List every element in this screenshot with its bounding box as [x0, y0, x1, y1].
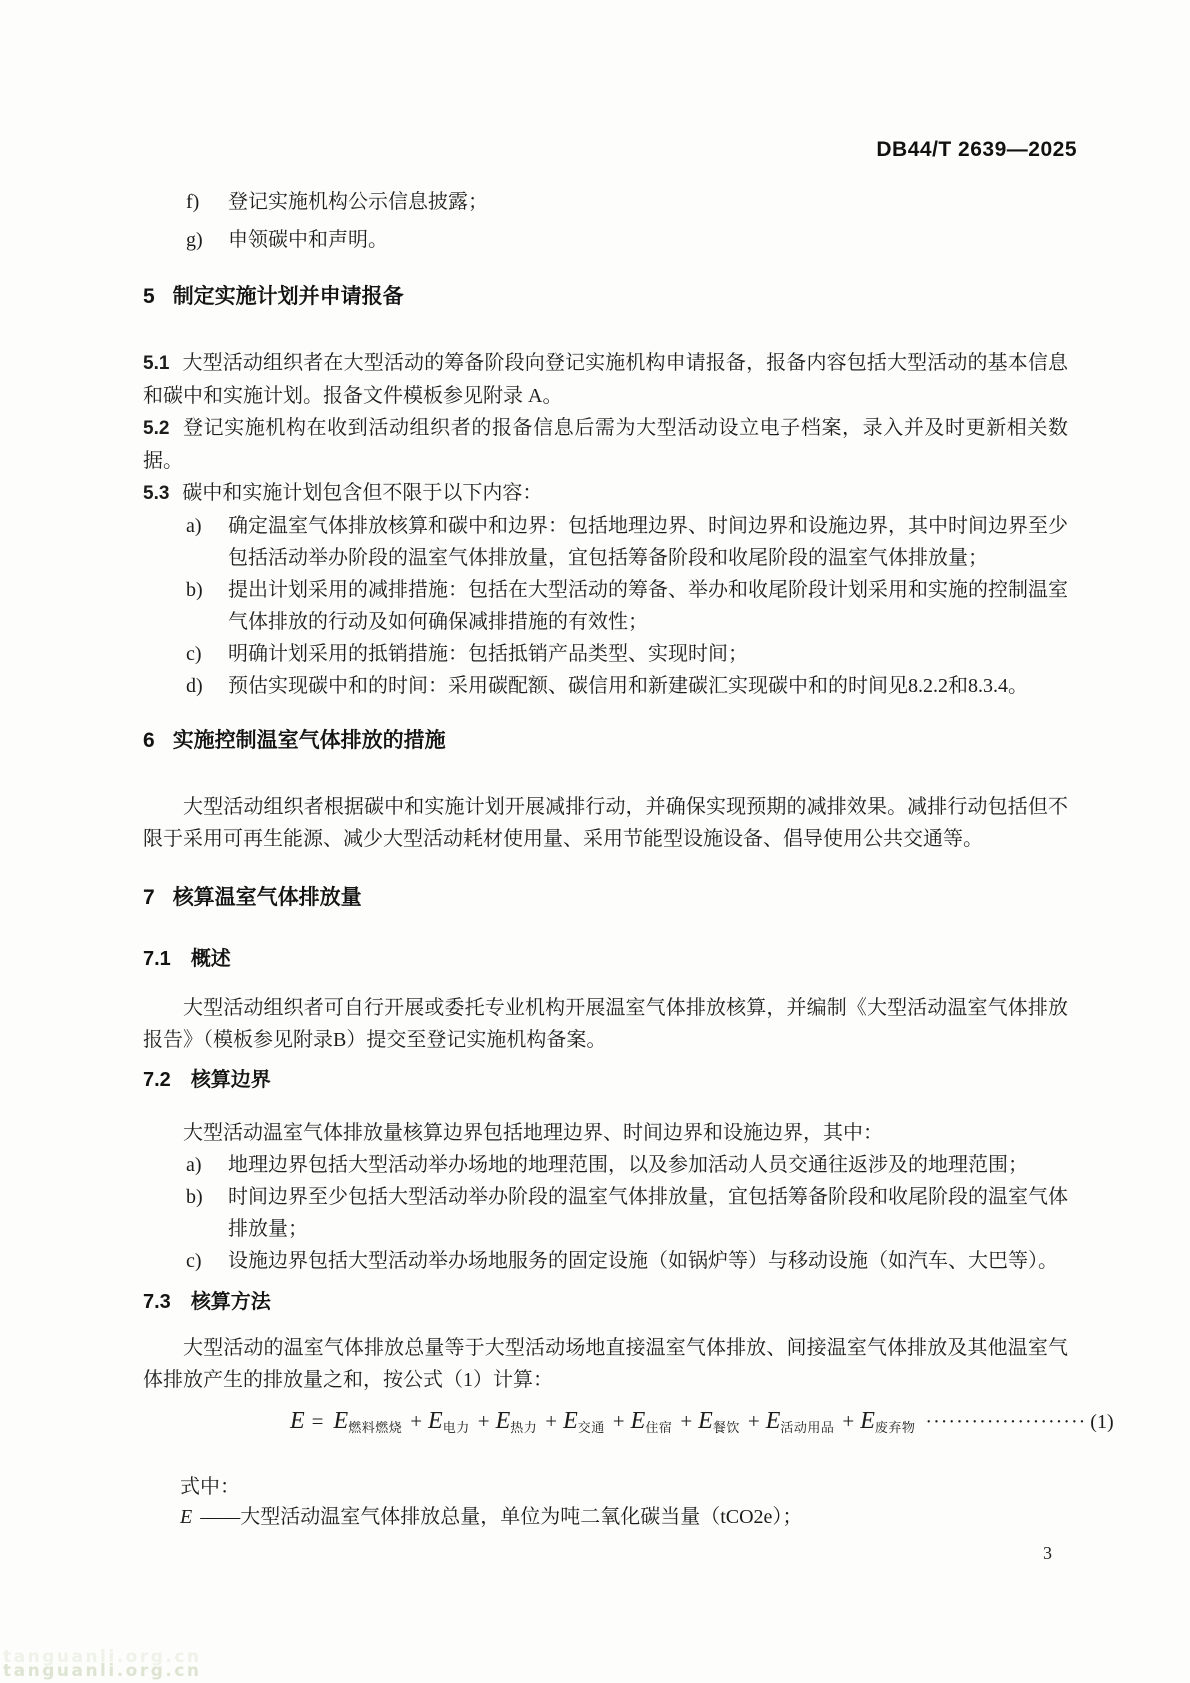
section-title: 核算边界 [191, 1069, 271, 1091]
clause-text: 碳中和实施计划包含但不限于以下内容： [182, 482, 542, 504]
section-number: 5 [143, 285, 155, 308]
section-6-paragraph: 大型活动组织者根据碳中和实施计划开展减排行动，并确保实现预期的减排效果。减排行动… [143, 791, 1068, 855]
formula-lhs: E [290, 1408, 305, 1434]
list-item-g: g) 申领碳中和声明。 [143, 221, 1068, 259]
section-title: 核算温室气体排放量 [173, 886, 362, 909]
plus-sign: + [478, 1409, 490, 1433]
list-item-label: f) [186, 183, 199, 221]
page-content: f) 登记实施机构公示信息披露； g) 申领碳中和声明。 5制定实施计划并申请报… [143, 0, 1068, 1532]
section-7-heading: 7核算温室气体排放量 [143, 884, 1068, 912]
list-item-text: 时间边界至少包括大型活动举办阶段的温室气体排放量，宜包括筹备阶段和收尾阶段的温室… [228, 1186, 1068, 1240]
plus-sign: + [842, 1409, 854, 1433]
list-item-b: b) 时间边界至少包括大型活动举办阶段的温室气体排放量，宜包括筹备阶段和收尾阶段… [143, 1181, 1068, 1245]
section-title: 概述 [191, 948, 231, 970]
list-item-b: b) 提出计划采用的减排措施：包括在大型活动的筹备、举办和收尾阶段计划采用和实施… [143, 574, 1068, 638]
clause-number: 5.1 [143, 353, 169, 374]
clause-5-2: 5.2登记实施机构在收到活动组织者的报备信息后需为大型活动设立电子档案，录入并及… [143, 412, 1068, 477]
formula-var: E [766, 1408, 781, 1434]
list-item-label: g) [186, 221, 203, 259]
where-label: 式中： [180, 1472, 1068, 1502]
formula-subscript: 燃料燃烧 [348, 1420, 402, 1435]
plus-sign: + [613, 1409, 625, 1433]
list-item-label: a) [186, 1149, 202, 1181]
section-7-1-paragraph: 大型活动组织者可自行开展或委托专业机构开展温室气体排放核算，并编制《大型活动温室… [143, 992, 1068, 1056]
symbol-definition: ——大型活动温室气体排放总量，单位为吨二氧化碳当量（tCO2e）； [200, 1506, 802, 1528]
clause-5-1: 5.1大型活动组织者在大型活动的筹备阶段向登记实施机构申请报备，报备内容包括大型… [143, 347, 1068, 412]
formula-var: E [631, 1408, 646, 1434]
plus-sign: + [680, 1409, 692, 1433]
clause-number: 5.2 [143, 418, 169, 439]
formula-var: E [698, 1408, 713, 1434]
list-item-label: c) [186, 638, 202, 670]
formula-var: E [860, 1408, 875, 1434]
list-item-text: 申领碳中和声明。 [228, 229, 388, 251]
formula-var: E [334, 1408, 349, 1434]
clause-5-3: 5.3碳中和实施计划包含但不限于以下内容： [143, 477, 1068, 510]
where-item-E: E——大型活动温室气体排放总量，单位为吨二氧化碳当量（tCO2e）； [180, 1502, 1068, 1532]
clause-text: 登记实施机构在收到活动组织者的报备信息后需为大型活动设立电子档案，录入并及时更新… [143, 417, 1068, 472]
list-item-text: 设施边界包括大型活动举办场地服务的固定设施（如锅炉等）与移动设施（如汽车、大巴等… [228, 1250, 1058, 1272]
plus-sign: + [748, 1409, 760, 1433]
clause-text: 大型活动组织者在大型活动的筹备阶段向登记实施机构申请报备，报备内容包括大型活动的… [143, 352, 1068, 407]
list-item-label: b) [186, 574, 203, 606]
watermark: tanguanli.org.cn [3, 1661, 202, 1681]
list-item-text: 地理边界包括大型活动举办场地的地理范围，以及参加活动人员交通往返涉及的地理范围； [228, 1154, 1028, 1176]
list-item-text: 提出计划采用的减排措施：包括在大型活动的筹备、举办和收尾阶段计划采用和实施的控制… [228, 579, 1068, 633]
section-number: 7.3 [143, 1291, 171, 1313]
section-6-heading: 6实施控制温室气体排放的措施 [143, 727, 1068, 755]
list-item-a: a) 地理边界包括大型活动举办场地的地理范围，以及参加活动人员交通往返涉及的地理… [143, 1149, 1068, 1181]
equation-number: (1) [1090, 1411, 1113, 1433]
section-number: 7 [143, 886, 155, 909]
formula-1: E=E燃料燃烧+E电力+E热力+E交通+E住宿+E餐饮+E活动用品+E废弃物··… [290, 1408, 1068, 1436]
section-7-3-paragraph: 大型活动的温室气体排放总量等于大型活动场地直接温室气体排放、间接温室气体排放及其… [143, 1332, 1068, 1396]
symbol-E: E [180, 1506, 192, 1528]
section-number: 6 [143, 729, 155, 752]
section-number: 7.2 [143, 1069, 171, 1091]
list-item-text: 确定温室气体排放核算和碳中和边界：包括地理边界、时间边界和设施边界，其中时间边界… [228, 515, 1068, 569]
list-item-a: a) 确定温室气体排放核算和碳中和边界：包括地理边界、时间边界和设施边界，其中时… [143, 510, 1068, 574]
list-item-label: b) [186, 1181, 203, 1213]
formula-var: E [428, 1408, 443, 1434]
list-item-text: 明确计划采用的抵销措施：包括抵销产品类型、实现时间； [228, 643, 748, 665]
page-number: 3 [1043, 1543, 1052, 1564]
formula-var: E [496, 1408, 511, 1434]
list-item-f: f) 登记实施机构公示信息披露； [143, 183, 1068, 221]
formula-subscript: 住宿 [645, 1420, 672, 1435]
list-item-text: 预估实现碳中和的时间：采用碳配额、碳信用和新建碳汇实现碳中和的时间见8.2.2和… [228, 675, 1028, 697]
section-7-3-heading: 7.3核算方法 [143, 1289, 1068, 1315]
section-7-2-paragraph: 大型活动温室气体排放量核算边界包括地理边界、时间边界和设施边界，其中： [143, 1117, 1068, 1149]
clause-number: 5.3 [143, 483, 169, 504]
list-item-label: a) [186, 510, 202, 542]
equals-sign: = [312, 1409, 324, 1433]
section-5-body: 5.1大型活动组织者在大型活动的筹备阶段向登记实施机构申请报备，报备内容包括大型… [143, 347, 1068, 702]
section-title: 实施控制温室气体排放的措施 [173, 729, 446, 752]
plus-sign: + [545, 1409, 557, 1433]
list-item-c: c) 明确计划采用的抵销措施：包括抵销产品类型、实现时间； [143, 638, 1068, 670]
formula-var: E [563, 1408, 578, 1434]
plus-sign: + [410, 1409, 422, 1433]
section-5-heading: 5制定实施计划并申请报备 [143, 283, 1068, 311]
list-item-label: d) [186, 670, 203, 702]
formula-subscript: 废弃物 [875, 1420, 916, 1435]
document-page: DB44/T 2639—2025 f) 登记实施机构公示信息披露； g) 申领碳… [0, 0, 1190, 1683]
list-item-label: c) [186, 1245, 202, 1277]
section-title: 核算方法 [191, 1291, 271, 1313]
formula-subscript: 电力 [443, 1420, 470, 1435]
list-item-text: 登记实施机构公示信息披露； [228, 191, 488, 213]
formula-subscript: 交通 [578, 1420, 605, 1435]
section-7-2-heading: 7.2核算边界 [143, 1067, 1068, 1093]
list-item-c: c) 设施边界包括大型活动举办场地服务的固定设施（如锅炉等）与移动设施（如汽车、… [143, 1245, 1068, 1277]
list-item-d: d) 预估实现碳中和的时间：采用碳配额、碳信用和新建碳汇实现碳中和的时间见8.2… [143, 670, 1068, 702]
formula-subscript: 活动用品 [780, 1420, 834, 1435]
section-7-1-heading: 7.1概述 [143, 946, 1068, 972]
dot-leader: ····················· [925, 1411, 1086, 1433]
section-title: 制定实施计划并申请报备 [173, 285, 404, 308]
formula-subscript: 餐饮 [713, 1420, 740, 1435]
formula-subscript: 热力 [510, 1420, 537, 1435]
section-number: 7.1 [143, 948, 171, 970]
